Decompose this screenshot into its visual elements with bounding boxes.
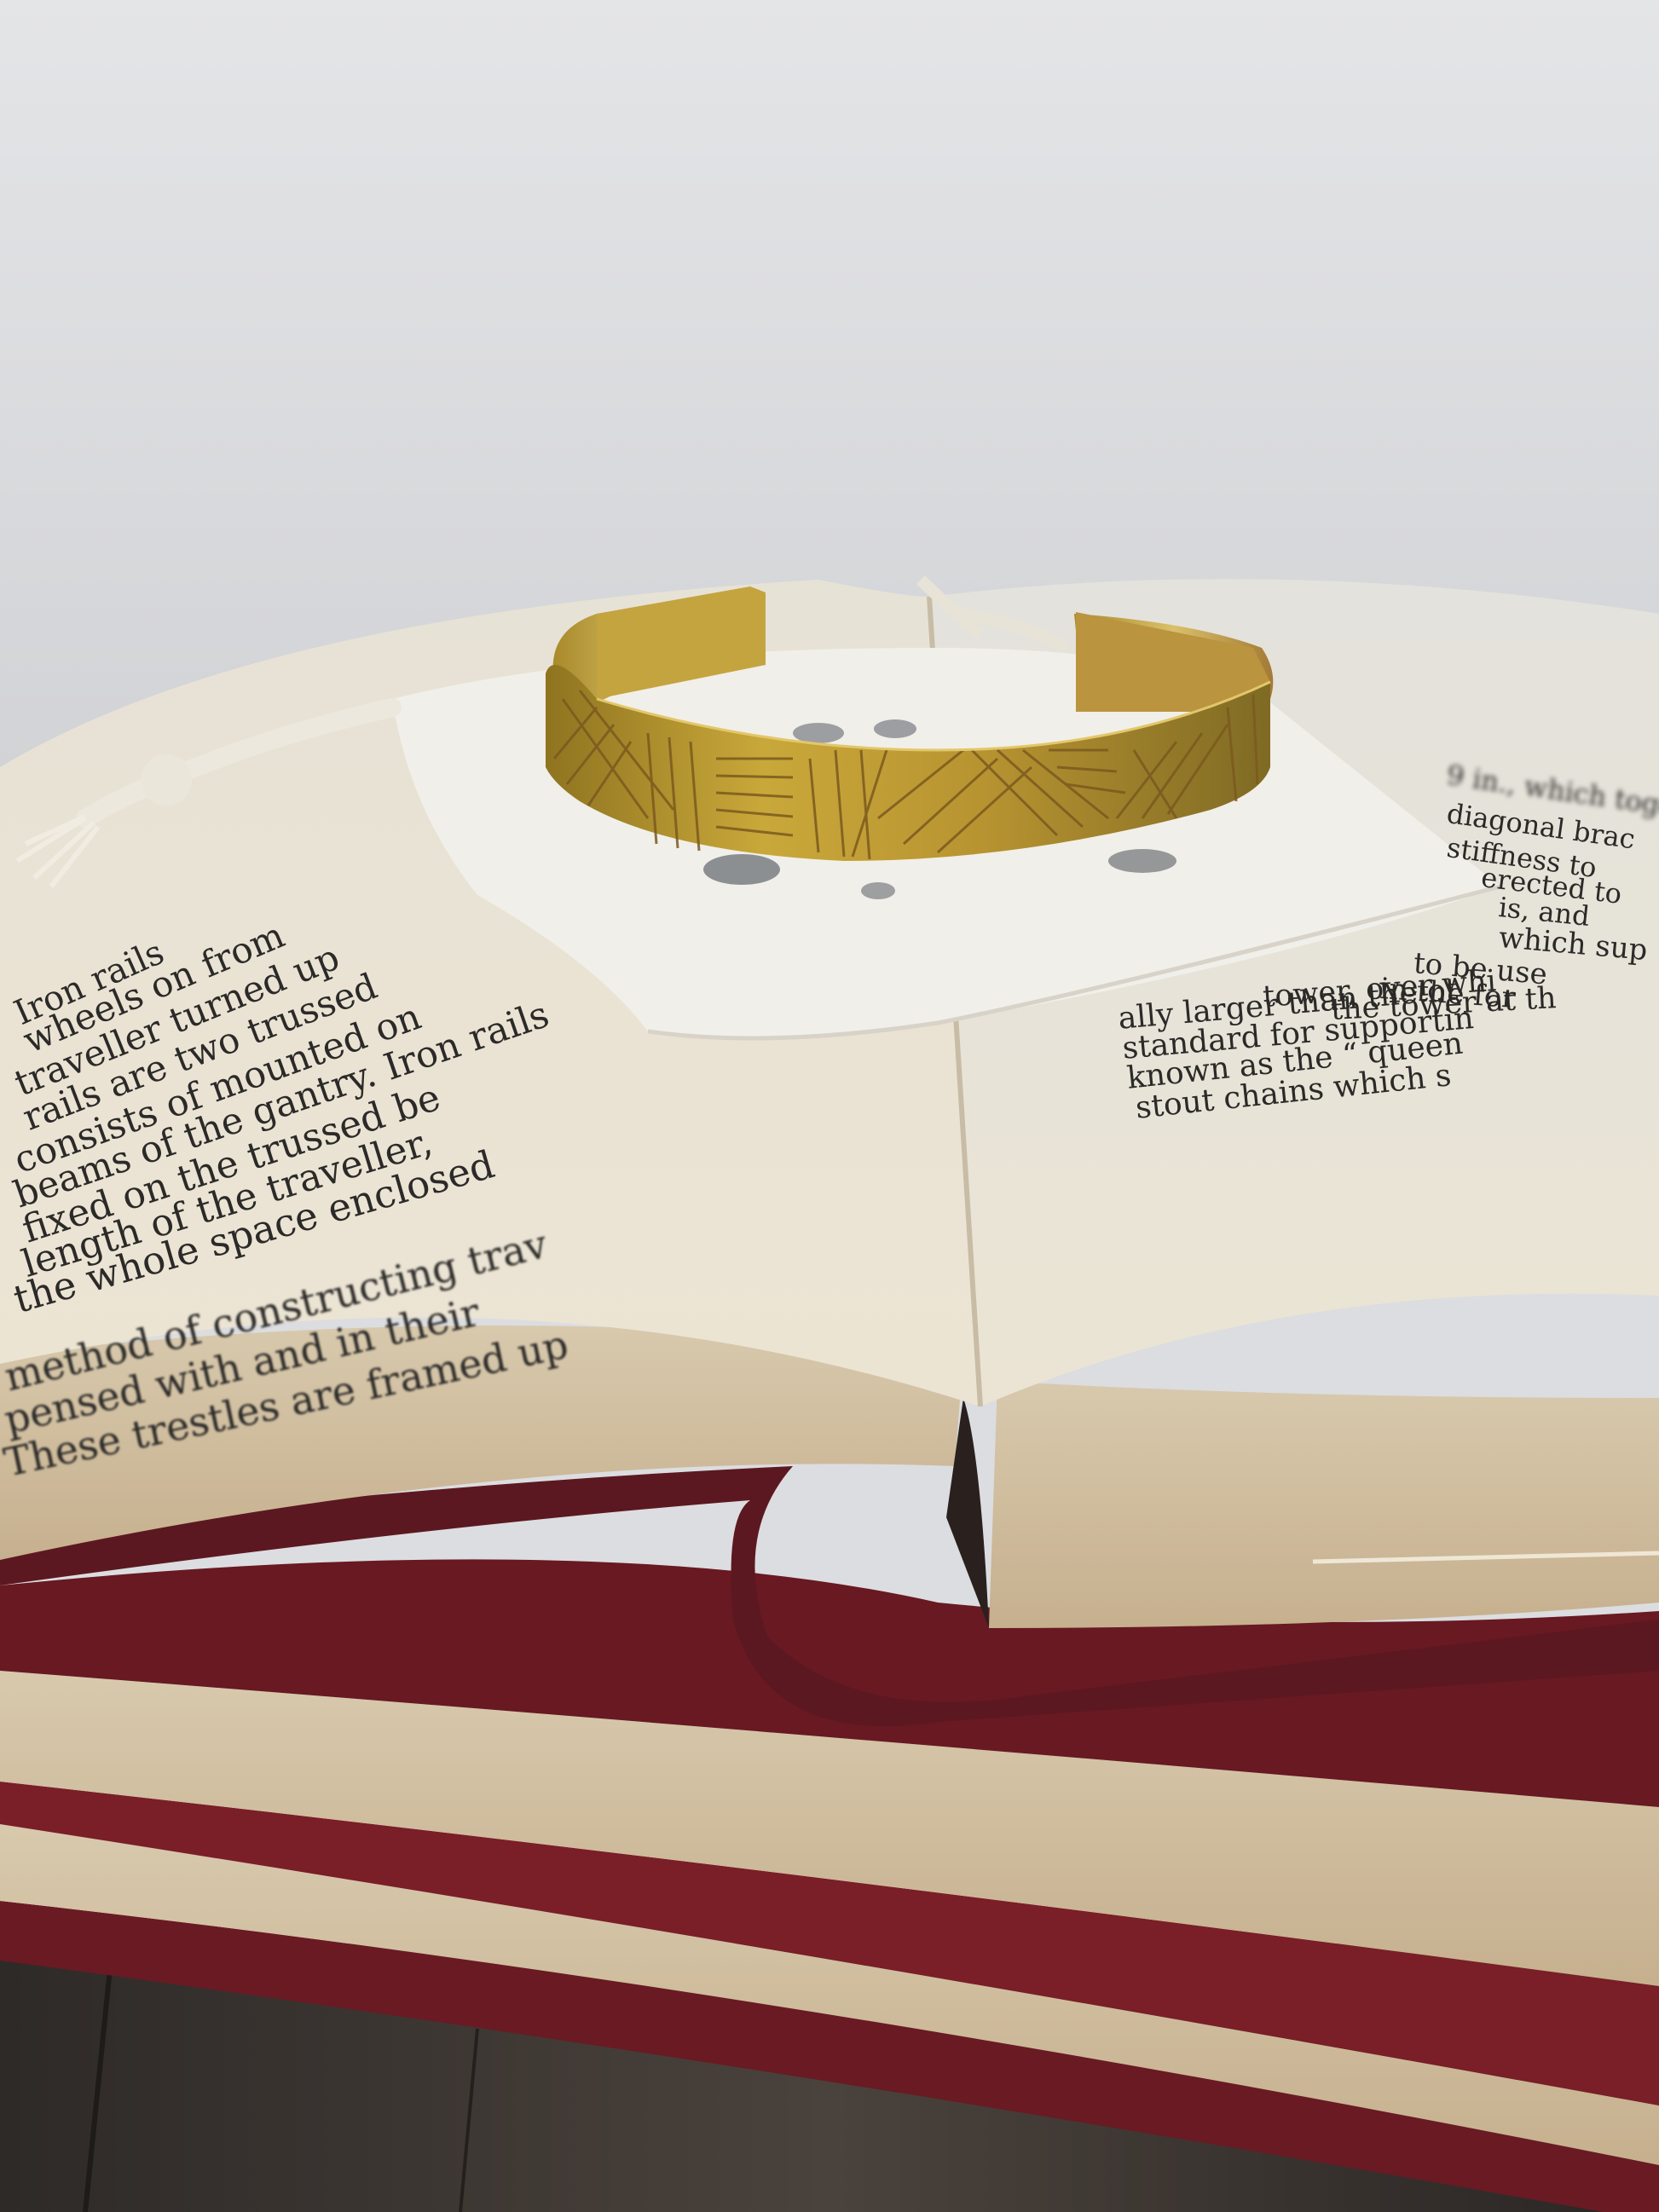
photo-scene: Iron rails wheels on from traveller turn… <box>0 0 1659 2212</box>
